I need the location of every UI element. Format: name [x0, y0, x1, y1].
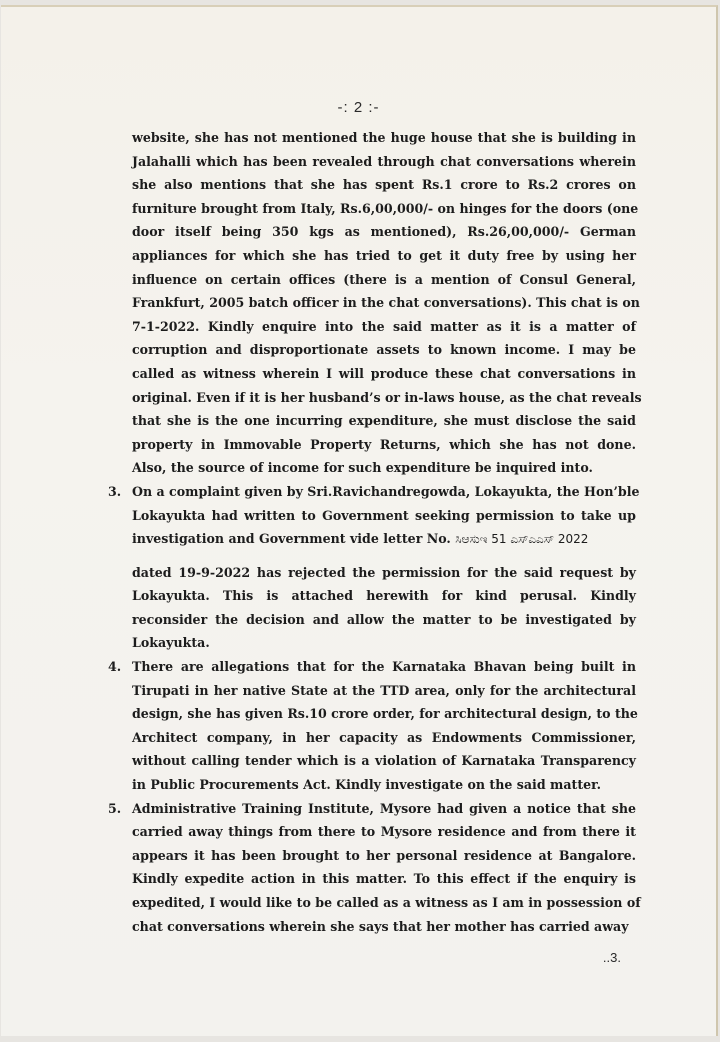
- text-line: appears it has been brought to her perso…: [132, 844, 636, 868]
- text-line: Architect company, in her capacity as En…: [132, 726, 636, 750]
- reference-prefix: investigation and Government vide letter…: [132, 531, 451, 546]
- text-line: in Public Procurements Act. Kindly inves…: [132, 773, 636, 797]
- page-number: -: 2 :-: [1, 99, 716, 116]
- continuation-marker: ..3.: [603, 950, 621, 965]
- text-line: expedited, I would like to be called as …: [132, 891, 636, 915]
- text-line: Kindly expedite action in this matter. T…: [132, 867, 636, 891]
- text-line: chat conversations wherein she says that…: [132, 915, 636, 939]
- item-number: 5.: [108, 797, 121, 821]
- text-line: Jalahalli which has been revealed throug…: [132, 150, 636, 174]
- text-line: Lokayukta.: [132, 631, 636, 655]
- text-line: Frankfurt, 2005 batch officer in the cha…: [132, 291, 636, 315]
- list-item-5: 5. Administrative Training Institute, My…: [132, 797, 636, 939]
- text-line: 7-1-2022. Kindly enquire into the said m…: [132, 315, 636, 339]
- text-line: carried away things from there to Mysore…: [132, 820, 636, 844]
- list-item-4: 4. There are allegations that for the Ka…: [132, 655, 636, 797]
- text-line: that she is the one incurring expenditur…: [132, 409, 636, 433]
- document-body: website, she has not mentioned the huge …: [132, 126, 636, 938]
- text-line: corruption and disproportionate assets t…: [132, 338, 636, 362]
- text-line: furniture brought from Italy, Rs.6,00,00…: [132, 197, 636, 221]
- text-line: called as witness wherein I will produce…: [132, 362, 636, 386]
- item-number: 4.: [108, 655, 121, 679]
- text-line: website, she has not mentioned the huge …: [132, 126, 636, 150]
- text-line: Also, the source of income for such expe…: [132, 456, 636, 480]
- text-line: On a complaint given by Sri.Ravichandreg…: [132, 480, 636, 504]
- text-line: property in Immovable Property Returns, …: [132, 433, 636, 457]
- item-number: 3.: [108, 480, 121, 504]
- text-line: Administrative Training Institute, Mysor…: [132, 797, 636, 821]
- text-line: appliances for which she has tried to ge…: [132, 244, 636, 268]
- document-page: -: 2 :- website, she has not mentioned t…: [1, 5, 718, 1036]
- text-line: design, she has given Rs.10 crore order,…: [132, 702, 636, 726]
- list-item-3: 3. On a complaint given by Sri.Ravichand…: [132, 480, 636, 655]
- text-line: original. Even if it is her husband’s or…: [132, 386, 636, 410]
- text-line: dated 19-9-2022 has rejected the permiss…: [132, 561, 636, 585]
- letter-number-kannada: ಸಿಆಸುಇ 51 ಎಸ್‌ಎಎಸ್ 2022: [455, 532, 588, 546]
- text-line: influence on certain offices (there is a…: [132, 268, 636, 292]
- text-line: Lokayukta had written to Government seek…: [132, 504, 636, 528]
- text-line: without calling tender which is a violat…: [132, 749, 636, 773]
- text-line: she also mentions that she has spent Rs.…: [132, 173, 636, 197]
- text-line: door itself being 350 kgs as mentioned),…: [132, 220, 636, 244]
- text-line: Lokayukta. This is attached herewith for…: [132, 584, 636, 608]
- intro-paragraph: website, she has not mentioned the huge …: [132, 126, 636, 480]
- text-line: Tirupati in her native State at the TTD …: [132, 679, 636, 703]
- text-line: reconsider the decision and allow the ma…: [132, 608, 636, 632]
- letter-reference-line: investigation and Government vide letter…: [132, 527, 636, 552]
- text-line: There are allegations that for the Karna…: [132, 655, 636, 679]
